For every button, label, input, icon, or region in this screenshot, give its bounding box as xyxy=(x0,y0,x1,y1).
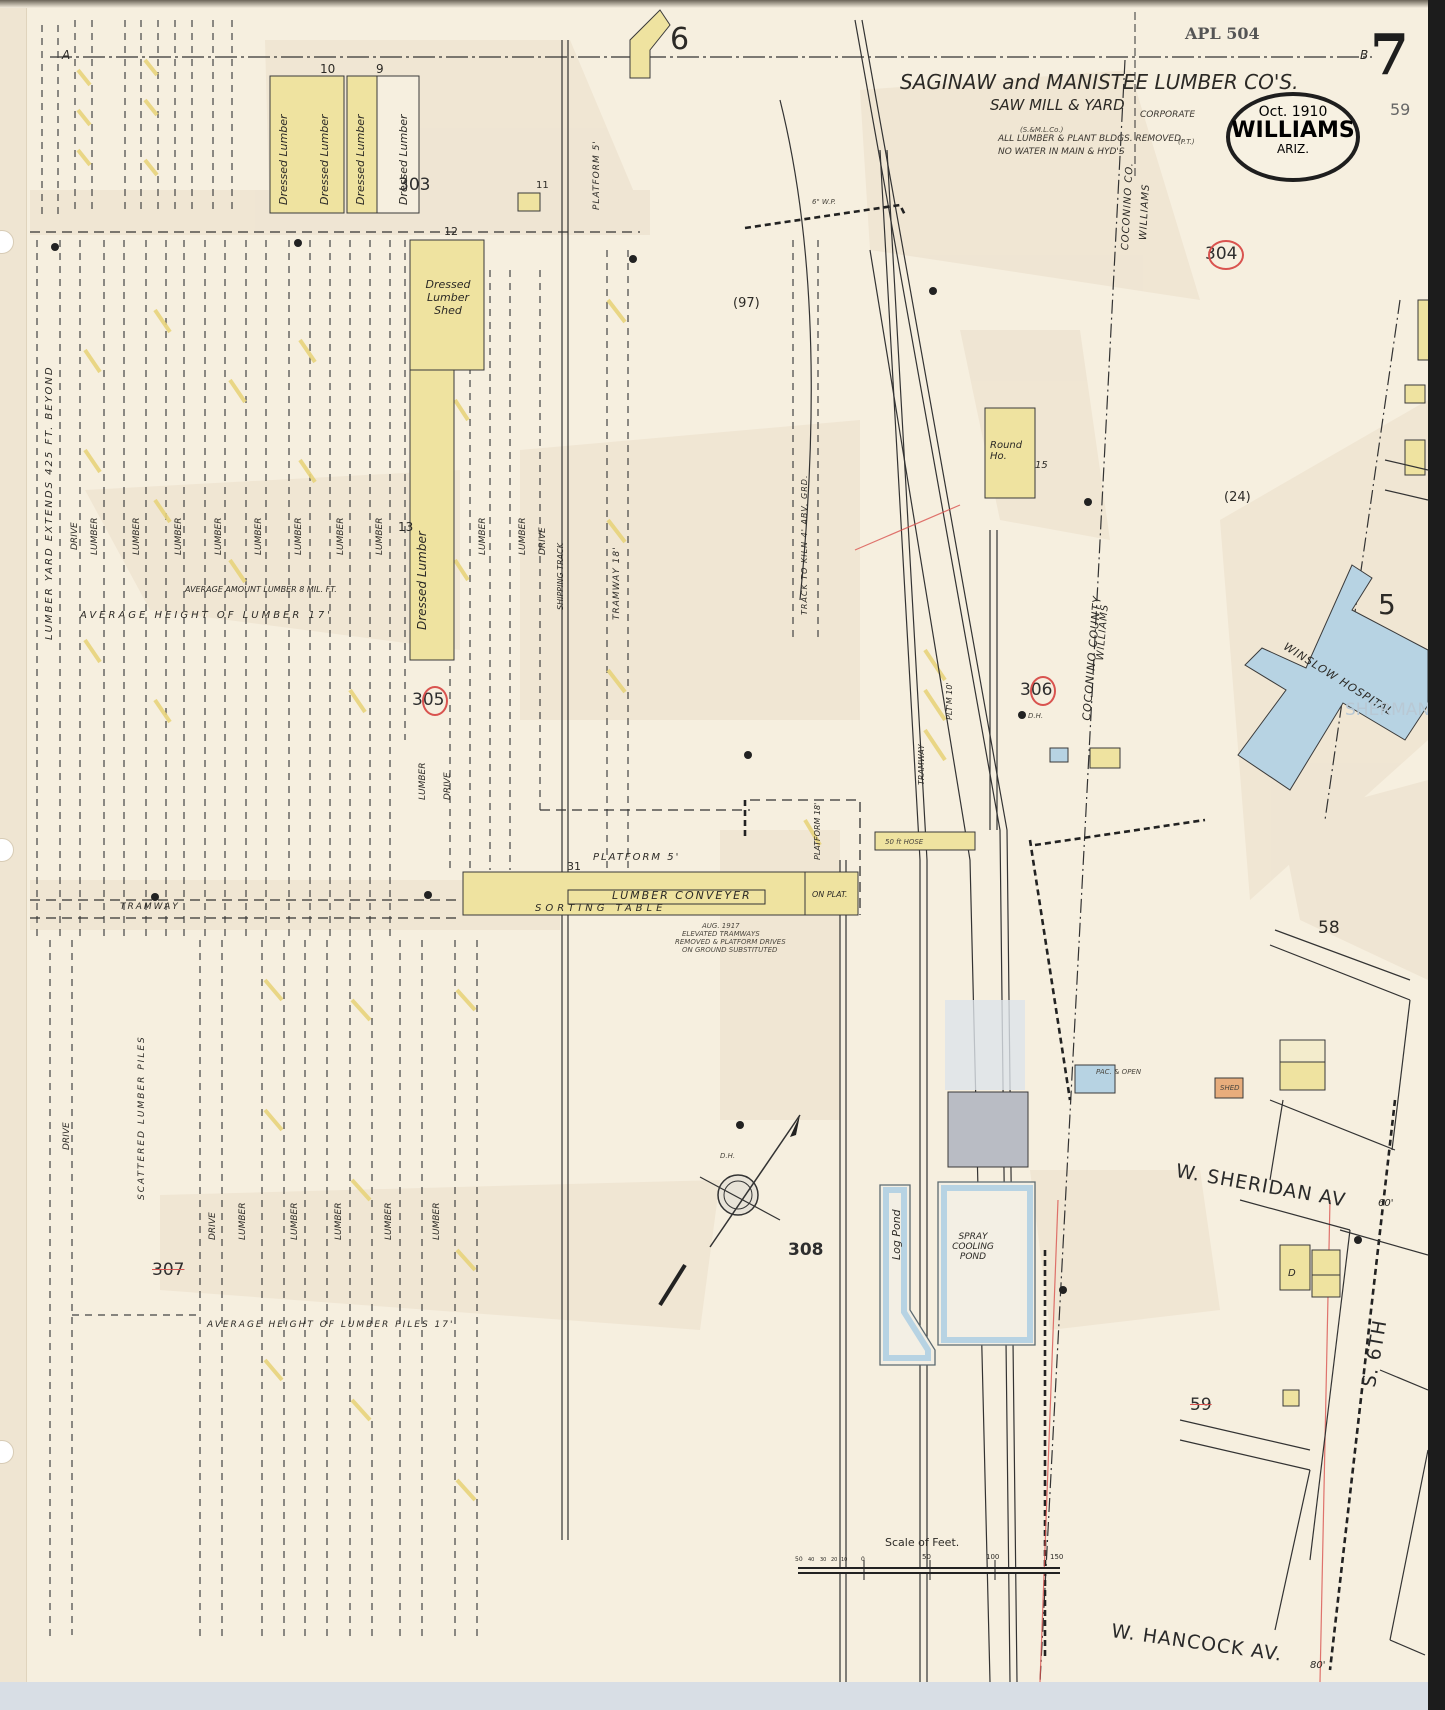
street-width-60: 60' xyxy=(1378,1198,1393,1209)
building-12: 12 xyxy=(444,225,458,238)
hydrant-label: D.H. xyxy=(1028,712,1043,720)
company-subtitle: SAW MILL & YARD xyxy=(990,96,1125,114)
scale-bar xyxy=(798,1560,1060,1580)
note-company: (S.&M.L.Co.) xyxy=(1020,126,1063,134)
block-24: (24) xyxy=(1224,490,1251,505)
shed-label: SHED xyxy=(1220,1084,1240,1092)
block-307: 307 xyxy=(152,1260,184,1280)
scale-tick: 50 xyxy=(922,1553,931,1561)
round-house-label: Round Ho. xyxy=(990,440,1030,462)
block-305-circle xyxy=(422,686,448,716)
building-9: 9 xyxy=(376,62,384,76)
street-width-80: 80' xyxy=(1310,1660,1325,1671)
city-stamp: Oct. 1910 WILLIAMS ARIZ. xyxy=(1226,92,1360,182)
dressed-lumber-label: Dressed Lumber xyxy=(354,114,367,205)
yard-lumber-label: LUMBER xyxy=(336,518,346,555)
block-308: 308 xyxy=(788,1240,824,1260)
spray-cooling-pond-label: SPRAY COOLING POND xyxy=(948,1232,998,1262)
scale-tick: 100 xyxy=(986,1553,999,1561)
yard-lumber-label: LUMBER xyxy=(518,518,528,555)
block-306-circle xyxy=(1030,676,1056,706)
stamp-state: ARIZ. xyxy=(1230,142,1356,156)
yard-lumber-label: LUMBER xyxy=(90,518,100,555)
dressed-lumber-label: Dressed Lumber xyxy=(415,531,429,630)
log-pond-label: Log Pond xyxy=(890,1209,903,1260)
section-label-b: B xyxy=(1360,48,1368,62)
yard-lumber-label: LUMBER xyxy=(478,518,488,555)
yard-lumber-label: LUMBER xyxy=(418,763,428,800)
scale-tick: 20 xyxy=(831,1557,837,1563)
dwelling-label: D xyxy=(1288,1268,1296,1279)
dressed-lumber-shed-label: Dressed Lumber Shed xyxy=(418,278,478,317)
yard-lumber-label: LUMBER xyxy=(238,1203,248,1240)
yard-drive-label: DRIVE xyxy=(208,1212,218,1240)
hose-label: 50 ft HOSE xyxy=(885,838,923,846)
yard-lumber-label: LUMBER xyxy=(432,1203,442,1240)
scan-right-edge xyxy=(1428,0,1445,1710)
water-pipe-label: 6" W.P. xyxy=(812,198,836,206)
yard-lumber-label: LUMBER xyxy=(254,518,264,555)
avg-height-piles-label: AVERAGE HEIGHT OF LUMBER PILES 17' xyxy=(207,1320,454,1330)
adjacent-sheet-6: 6 xyxy=(670,22,689,57)
sorting-table-label: SORTING TABLE xyxy=(535,903,666,914)
yard-lumber-label: LUMBER xyxy=(214,518,224,555)
round-house-number: 15 xyxy=(1035,460,1048,471)
platform-5-label: PLATFORM 5' xyxy=(592,140,602,210)
elevated-note-4: ON GROUND SUBSTITUTED xyxy=(682,946,777,954)
section-label-a: A xyxy=(62,48,70,62)
shipping-track-label: SHIPPING TRACK xyxy=(556,543,565,610)
adjacent-sheet-58: 58 xyxy=(1318,918,1340,938)
hydrant-label: D.H. xyxy=(720,1152,735,1160)
elevated-note-1: AUG. 1917 xyxy=(702,922,740,930)
stamp-city: WILLIAMS xyxy=(1230,120,1356,142)
scale-tick: 10 xyxy=(841,1557,847,1563)
platform-10-label: PLT'M 10' xyxy=(945,682,954,720)
pac-open-label: PAC. & OPEN xyxy=(1096,1068,1141,1076)
building-11: 11 xyxy=(536,180,549,191)
yard-lumber-label: LUMBER xyxy=(294,518,304,555)
paste-over-patches xyxy=(30,40,1428,1330)
sheet-number: 7 xyxy=(1370,22,1409,88)
on-plat-label: ON PLAT. xyxy=(812,890,847,899)
yard-drive-label: DRIVE xyxy=(62,1122,72,1150)
yard-lumber-label: LUMBER xyxy=(290,1203,300,1240)
company-title: SAGINAW and MANISTEE LUMBER CO'S. xyxy=(900,70,1298,94)
note-pt: (P.T.) xyxy=(1178,138,1195,146)
adjacent-sheet-ref: 59 xyxy=(1390,100,1410,119)
platform-label: PLATFORM 5' xyxy=(593,852,680,863)
dressed-lumber-label: Dressed Lumber xyxy=(397,114,410,205)
lumber-yard-extends-label: LUMBER YARD EXTENDS 425 FT. BEYOND xyxy=(44,365,55,640)
yard-lumber-label: LUMBER xyxy=(375,518,385,555)
dressed-lumber-label: Dressed Lumber xyxy=(318,114,331,205)
scan-bottom-band xyxy=(0,1682,1428,1710)
building-13: 13 xyxy=(398,520,413,534)
scale-title: Scale of Feet. xyxy=(885,1536,959,1549)
note-line-2: NO WATER IN MAIN & HYD'S xyxy=(998,147,1125,157)
platform-18-label: PLATFORM 18' xyxy=(813,803,822,860)
hydrants xyxy=(51,239,1362,1294)
tramway-18-label: TRAMWAY 18' xyxy=(612,546,622,620)
dressed-lumber-label: Dressed Lumber xyxy=(277,114,290,205)
avg-amount-label: AVERAGE AMOUNT LUMBER 8 MIL. FT. xyxy=(185,585,337,594)
block-97: (97) xyxy=(733,296,760,311)
yard-lumber-label: LUMBER xyxy=(132,518,142,555)
scattered-piles-label: SCATTERED LUMBER PILES xyxy=(137,1035,147,1200)
elevated-note-2: ELEVATED TRAMWAYS xyxy=(682,930,760,938)
yard-lumber-label: LUMBER xyxy=(334,1203,344,1240)
block-304-circle xyxy=(1208,240,1244,270)
scan-top-shadow xyxy=(0,0,1445,8)
scale-tick: 40 xyxy=(808,1557,814,1563)
tramway-small-label: TRAMWAY xyxy=(917,744,926,785)
scale-tick: 150 xyxy=(1050,1553,1063,1561)
scale-tick: 50 xyxy=(795,1556,803,1563)
yard-lumber-label: LUMBER xyxy=(174,518,184,555)
avg-height-label: AVERAGE HEIGHT OF LUMBER 17' xyxy=(80,610,333,621)
note-line-1: ALL LUMBER & PLANT BLDGS. REMOVED. xyxy=(998,134,1184,144)
track-to-kiln-label: TRACK TO KILN 4' ABV. GRD. xyxy=(800,474,809,615)
lumber-conveyer-label: LUMBER CONVEYER xyxy=(612,889,752,902)
yard-lumber-label: LUMBER xyxy=(384,1203,394,1240)
adjacent-sheet-5: 5 xyxy=(1378,588,1396,621)
yard-drive-label: DRIVE xyxy=(70,522,80,550)
building-10: 10 xyxy=(320,62,335,76)
tramway-label: TRAMWAY xyxy=(120,902,180,912)
corporate-label: CORPORATE xyxy=(1140,110,1195,120)
stamped-id: APL 504 xyxy=(1185,24,1260,43)
scale-tick: 0 xyxy=(861,1556,865,1563)
yard-drive-label: DRIVE xyxy=(538,527,548,555)
yard-drive-label: DRIVE xyxy=(443,772,453,800)
building-31: 31 xyxy=(567,860,581,873)
scale-tick: 30 xyxy=(820,1557,826,1563)
block-59: 59 xyxy=(1190,1395,1212,1415)
elevated-note-3: REMOVED & PLATFORM DRIVES xyxy=(675,938,786,946)
map-sheet: SAGINAW and MANISTEE LUMBER CO'S. SAW MI… xyxy=(0,0,1428,1682)
